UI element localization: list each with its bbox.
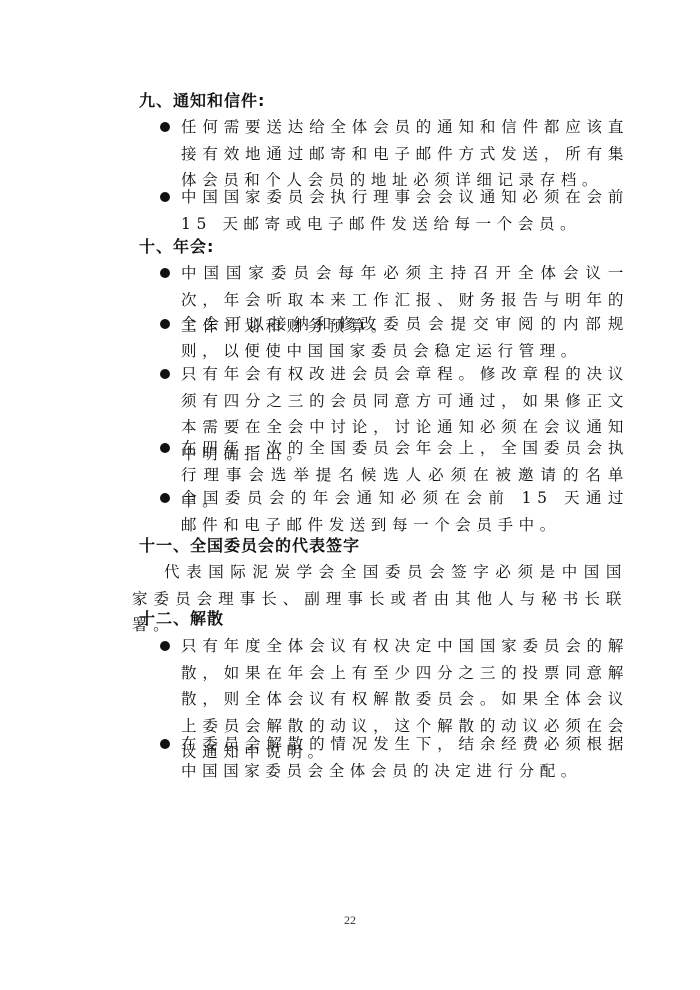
- bullet-text: 全国委员会的年会通知必须在会前 15 天通过邮件和电子邮件发送到每一个会员手中。: [181, 485, 629, 538]
- bullet-icon: [160, 268, 170, 278]
- bullet-icon: [160, 122, 170, 132]
- bullet-icon: [160, 443, 170, 453]
- bullet-icon: [160, 739, 170, 749]
- bullet-text: 任何需要送达给全体会员的通知和信件都应该直接有效地通过邮寄和电子邮件方式发送，所…: [181, 114, 629, 194]
- page-number: 22: [0, 913, 700, 928]
- section-heading-notices: 九、通知和信件:: [139, 88, 265, 114]
- bullet-text: 全会可以接纳和修改委员会提交审阅的内部规则，以便使中国国家委员会稳定运行管理。: [181, 311, 629, 364]
- section-heading-annual-meeting: 十、年会:: [139, 234, 214, 260]
- bullet-text: 中国国家委员会执行理事会会议通知必须在会前 15 天邮寄或电子邮件发送给每一个会…: [181, 184, 629, 237]
- section-heading-dissolution: 十二、解散: [139, 606, 224, 632]
- bullet-icon: [160, 641, 170, 651]
- bullet-icon: [160, 369, 170, 379]
- document-page: 九、通知和信件: 任何需要送达给全体会员的通知和信件都应该直接有效地通过邮寄和电…: [0, 0, 700, 990]
- bullet-icon: [160, 493, 170, 503]
- bullet-icon: [160, 192, 170, 202]
- bullet-icon: [160, 319, 170, 329]
- section-heading-representative-signature: 十一、全国委员会的代表签字: [139, 533, 360, 559]
- bullet-text: 在委员会解散的情况发生下，结余经费必须根据中国国家委员会全体会员的决定进行分配。: [181, 731, 629, 784]
